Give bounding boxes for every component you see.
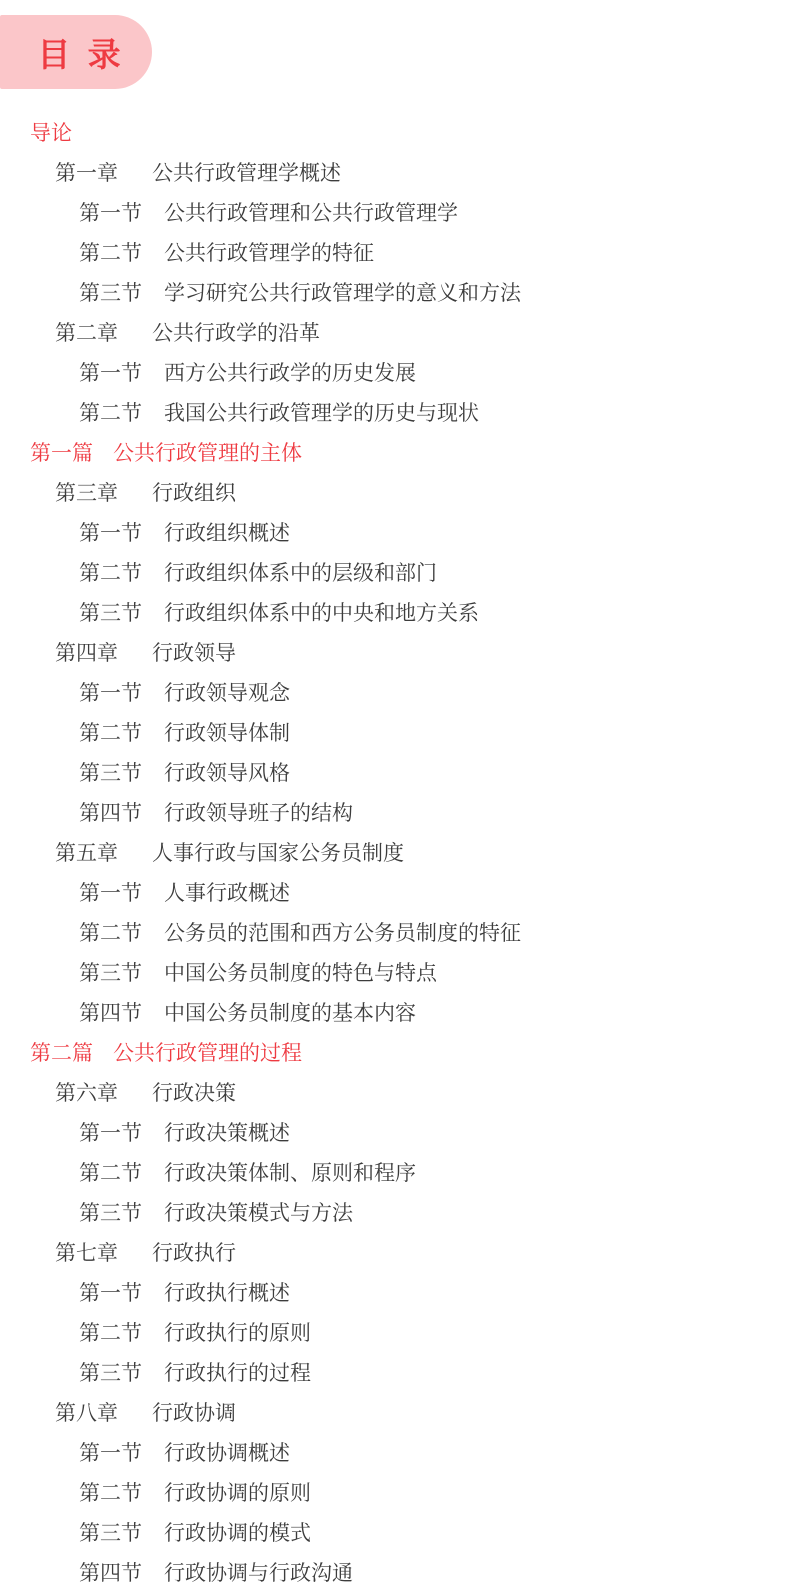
toc-item-label: 第三节	[79, 757, 142, 787]
toc-item-title: 中国公务员制度的基本内容	[164, 997, 416, 1027]
toc-item-label: 第七章	[55, 1237, 118, 1267]
toc-item-label: 第二节	[79, 1157, 142, 1187]
toc-item-title: 行政领导班子的结构	[164, 797, 353, 827]
toc-item-label: 第五章	[55, 837, 118, 867]
toc-item-label: 第二节	[79, 1477, 142, 1507]
toc-item-label: 第二节	[79, 397, 142, 427]
toc-item-label: 第二节	[79, 557, 142, 587]
toc-item-title: 公共行政学的沿革	[152, 317, 320, 347]
toc-item-label: 第六章	[55, 1077, 118, 1107]
toc-header-badge: 目 录	[0, 15, 152, 89]
toc-item-section[interactable]: 第一节行政执行概述	[0, 1272, 790, 1312]
toc-item-label: 第一节	[79, 517, 142, 547]
toc-item-title: 行政领导风格	[164, 757, 290, 787]
toc-item-label: 第三节	[79, 597, 142, 627]
toc-item-section[interactable]: 第一节人事行政概述	[0, 872, 790, 912]
toc-item-label: 第一节	[79, 1277, 142, 1307]
toc-item-title: 行政协调概述	[164, 1437, 290, 1467]
toc-header-title: 目 录	[27, 29, 124, 76]
toc-item-title: 行政执行的原则	[164, 1317, 311, 1347]
toc-item-section[interactable]: 第二节行政领导体制	[0, 712, 790, 752]
toc-item-section[interactable]: 第三节行政执行的过程	[0, 1352, 790, 1392]
toc-item-section[interactable]: 第二节行政执行的原则	[0, 1312, 790, 1352]
toc-item-label: 第二节	[79, 917, 142, 947]
toc-item-chapter[interactable]: 第七章行政执行	[0, 1232, 790, 1272]
toc-item-section[interactable]: 第一节行政组织概述	[0, 512, 790, 552]
toc-item-section[interactable]: 第二节行政决策体制、原则和程序	[0, 1152, 790, 1192]
toc-item-section[interactable]: 第四节行政领导班子的结构	[0, 792, 790, 832]
toc-item-chapter[interactable]: 第八章行政协调	[0, 1392, 790, 1432]
toc-item-chapter[interactable]: 第二章公共行政学的沿革	[0, 312, 790, 352]
toc-item-title: 中国公务员制度的特色与特点	[164, 957, 437, 987]
toc-item-section[interactable]: 第二节公务员的范围和西方公务员制度的特征	[0, 912, 790, 952]
toc-item-label: 第三节	[79, 277, 142, 307]
toc-item-title: 行政领导体制	[164, 717, 290, 747]
toc-item-section[interactable]: 第一节行政决策概述	[0, 1112, 790, 1152]
toc-item-chapter[interactable]: 第五章人事行政与国家公务员制度	[0, 832, 790, 872]
toc-item-title: 我国公共行政管理学的历史与现状	[164, 397, 479, 427]
toc-item-section[interactable]: 第二节公共行政管理学的特征	[0, 232, 790, 272]
toc-item-title: 行政决策体制、原则和程序	[164, 1157, 416, 1187]
toc-item-title: 行政协调	[152, 1397, 236, 1427]
toc-item-chapter[interactable]: 第一章公共行政管理学概述	[0, 152, 790, 192]
toc-item-part[interactable]: 导论	[0, 112, 790, 152]
toc-item-label: 第一节	[79, 1117, 142, 1147]
toc-item-title: 公共行政管理和公共行政管理学	[164, 197, 458, 227]
toc-item-section[interactable]: 第三节学习研究公共行政管理学的意义和方法	[0, 272, 790, 312]
toc-item-title: 人事行政概述	[164, 877, 290, 907]
toc-item-title: 公务员的范围和西方公务员制度的特征	[164, 917, 521, 947]
toc-item-label: 第一节	[79, 877, 142, 907]
toc-item-label: 第四节	[79, 997, 142, 1027]
toc-item-label: 第三节	[79, 1197, 142, 1227]
toc-item-label: 第二节	[79, 717, 142, 747]
toc-item-section[interactable]: 第三节行政协调的模式	[0, 1512, 790, 1552]
toc-item-title: 行政协调与行政沟通	[164, 1557, 353, 1587]
toc-item-title: 行政组织概述	[164, 517, 290, 547]
toc-item-label: 第一节	[79, 197, 142, 227]
toc-item-section[interactable]: 第三节行政决策模式与方法	[0, 1192, 790, 1232]
toc-item-title: 公共行政管理学概述	[152, 157, 341, 187]
toc-item-label: 第二篇	[30, 1037, 93, 1067]
toc-item-label: 第一篇	[30, 437, 93, 467]
toc-item-section[interactable]: 第二节行政协调的原则	[0, 1472, 790, 1512]
toc-item-section[interactable]: 第三节行政领导风格	[0, 752, 790, 792]
toc-item-title: 行政组织	[152, 477, 236, 507]
toc-list: 导论第一章公共行政管理学概述第一节公共行政管理和公共行政管理学第二节公共行政管理…	[0, 112, 790, 1591]
toc-item-section[interactable]: 第三节行政组织体系中的中央和地方关系	[0, 592, 790, 632]
toc-item-section[interactable]: 第二节我国公共行政管理学的历史与现状	[0, 392, 790, 432]
toc-item-label: 第二节	[79, 1317, 142, 1347]
toc-item-title: 人事行政与国家公务员制度	[152, 837, 404, 867]
toc-item-section[interactable]: 第三节中国公务员制度的特色与特点	[0, 952, 790, 992]
toc-item-section[interactable]: 第四节行政协调与行政沟通	[0, 1552, 790, 1591]
toc-item-title: 公共行政管理学的特征	[164, 237, 374, 267]
toc-item-title: 行政执行的过程	[164, 1357, 311, 1387]
toc-item-label: 第三章	[55, 477, 118, 507]
toc-item-title: 行政领导	[152, 637, 236, 667]
toc-item-title: 行政协调的模式	[164, 1517, 311, 1547]
toc-item-label: 第一节	[79, 1437, 142, 1467]
toc-item-chapter[interactable]: 第六章行政决策	[0, 1072, 790, 1112]
toc-item-part[interactable]: 第一篇公共行政管理的主体	[0, 432, 790, 472]
toc-item-title: 行政领导观念	[164, 677, 290, 707]
toc-item-label: 第八章	[55, 1397, 118, 1427]
toc-item-title: 学习研究公共行政管理学的意义和方法	[164, 277, 521, 307]
toc-item-title: 西方公共行政学的历史发展	[164, 357, 416, 387]
toc-item-title: 行政组织体系中的层级和部门	[164, 557, 437, 587]
toc-item-part[interactable]: 第二篇公共行政管理的过程	[0, 1032, 790, 1072]
toc-item-title: 行政决策模式与方法	[164, 1197, 353, 1227]
toc-item-title: 行政决策概述	[164, 1117, 290, 1147]
toc-item-chapter[interactable]: 第四章行政领导	[0, 632, 790, 672]
toc-item-title: 行政决策	[152, 1077, 236, 1107]
toc-item-label: 第四章	[55, 637, 118, 667]
toc-item-label: 第三节	[79, 1517, 142, 1547]
toc-item-label: 第一节	[79, 357, 142, 387]
toc-item-title: 行政组织体系中的中央和地方关系	[164, 597, 479, 627]
toc-item-label: 第二章	[55, 317, 118, 347]
toc-item-section[interactable]: 第二节行政组织体系中的层级和部门	[0, 552, 790, 592]
toc-item-title: 行政执行	[152, 1237, 236, 1267]
toc-item-section[interactable]: 第一节公共行政管理和公共行政管理学	[0, 192, 790, 232]
toc-item-section[interactable]: 第一节西方公共行政学的历史发展	[0, 352, 790, 392]
toc-item-section[interactable]: 第四节中国公务员制度的基本内容	[0, 992, 790, 1032]
toc-item-chapter[interactable]: 第三章行政组织	[0, 472, 790, 512]
toc-item-section[interactable]: 第一节行政领导观念	[0, 672, 790, 712]
toc-item-title: 行政执行概述	[164, 1277, 290, 1307]
toc-item-label: 第二节	[79, 237, 142, 267]
toc-item-label: 第一章	[55, 157, 118, 187]
toc-item-title: 公共行政管理的主体	[113, 437, 302, 467]
toc-item-section[interactable]: 第一节行政协调概述	[0, 1432, 790, 1472]
toc-item-label: 第四节	[79, 1557, 142, 1587]
toc-item-title: 公共行政管理的过程	[113, 1037, 302, 1067]
toc-item-label: 第四节	[79, 797, 142, 827]
toc-item-label: 第三节	[79, 957, 142, 987]
toc-item-label: 导论	[30, 117, 72, 147]
toc-item-title: 行政协调的原则	[164, 1477, 311, 1507]
toc-item-label: 第三节	[79, 1357, 142, 1387]
toc-item-label: 第一节	[79, 677, 142, 707]
